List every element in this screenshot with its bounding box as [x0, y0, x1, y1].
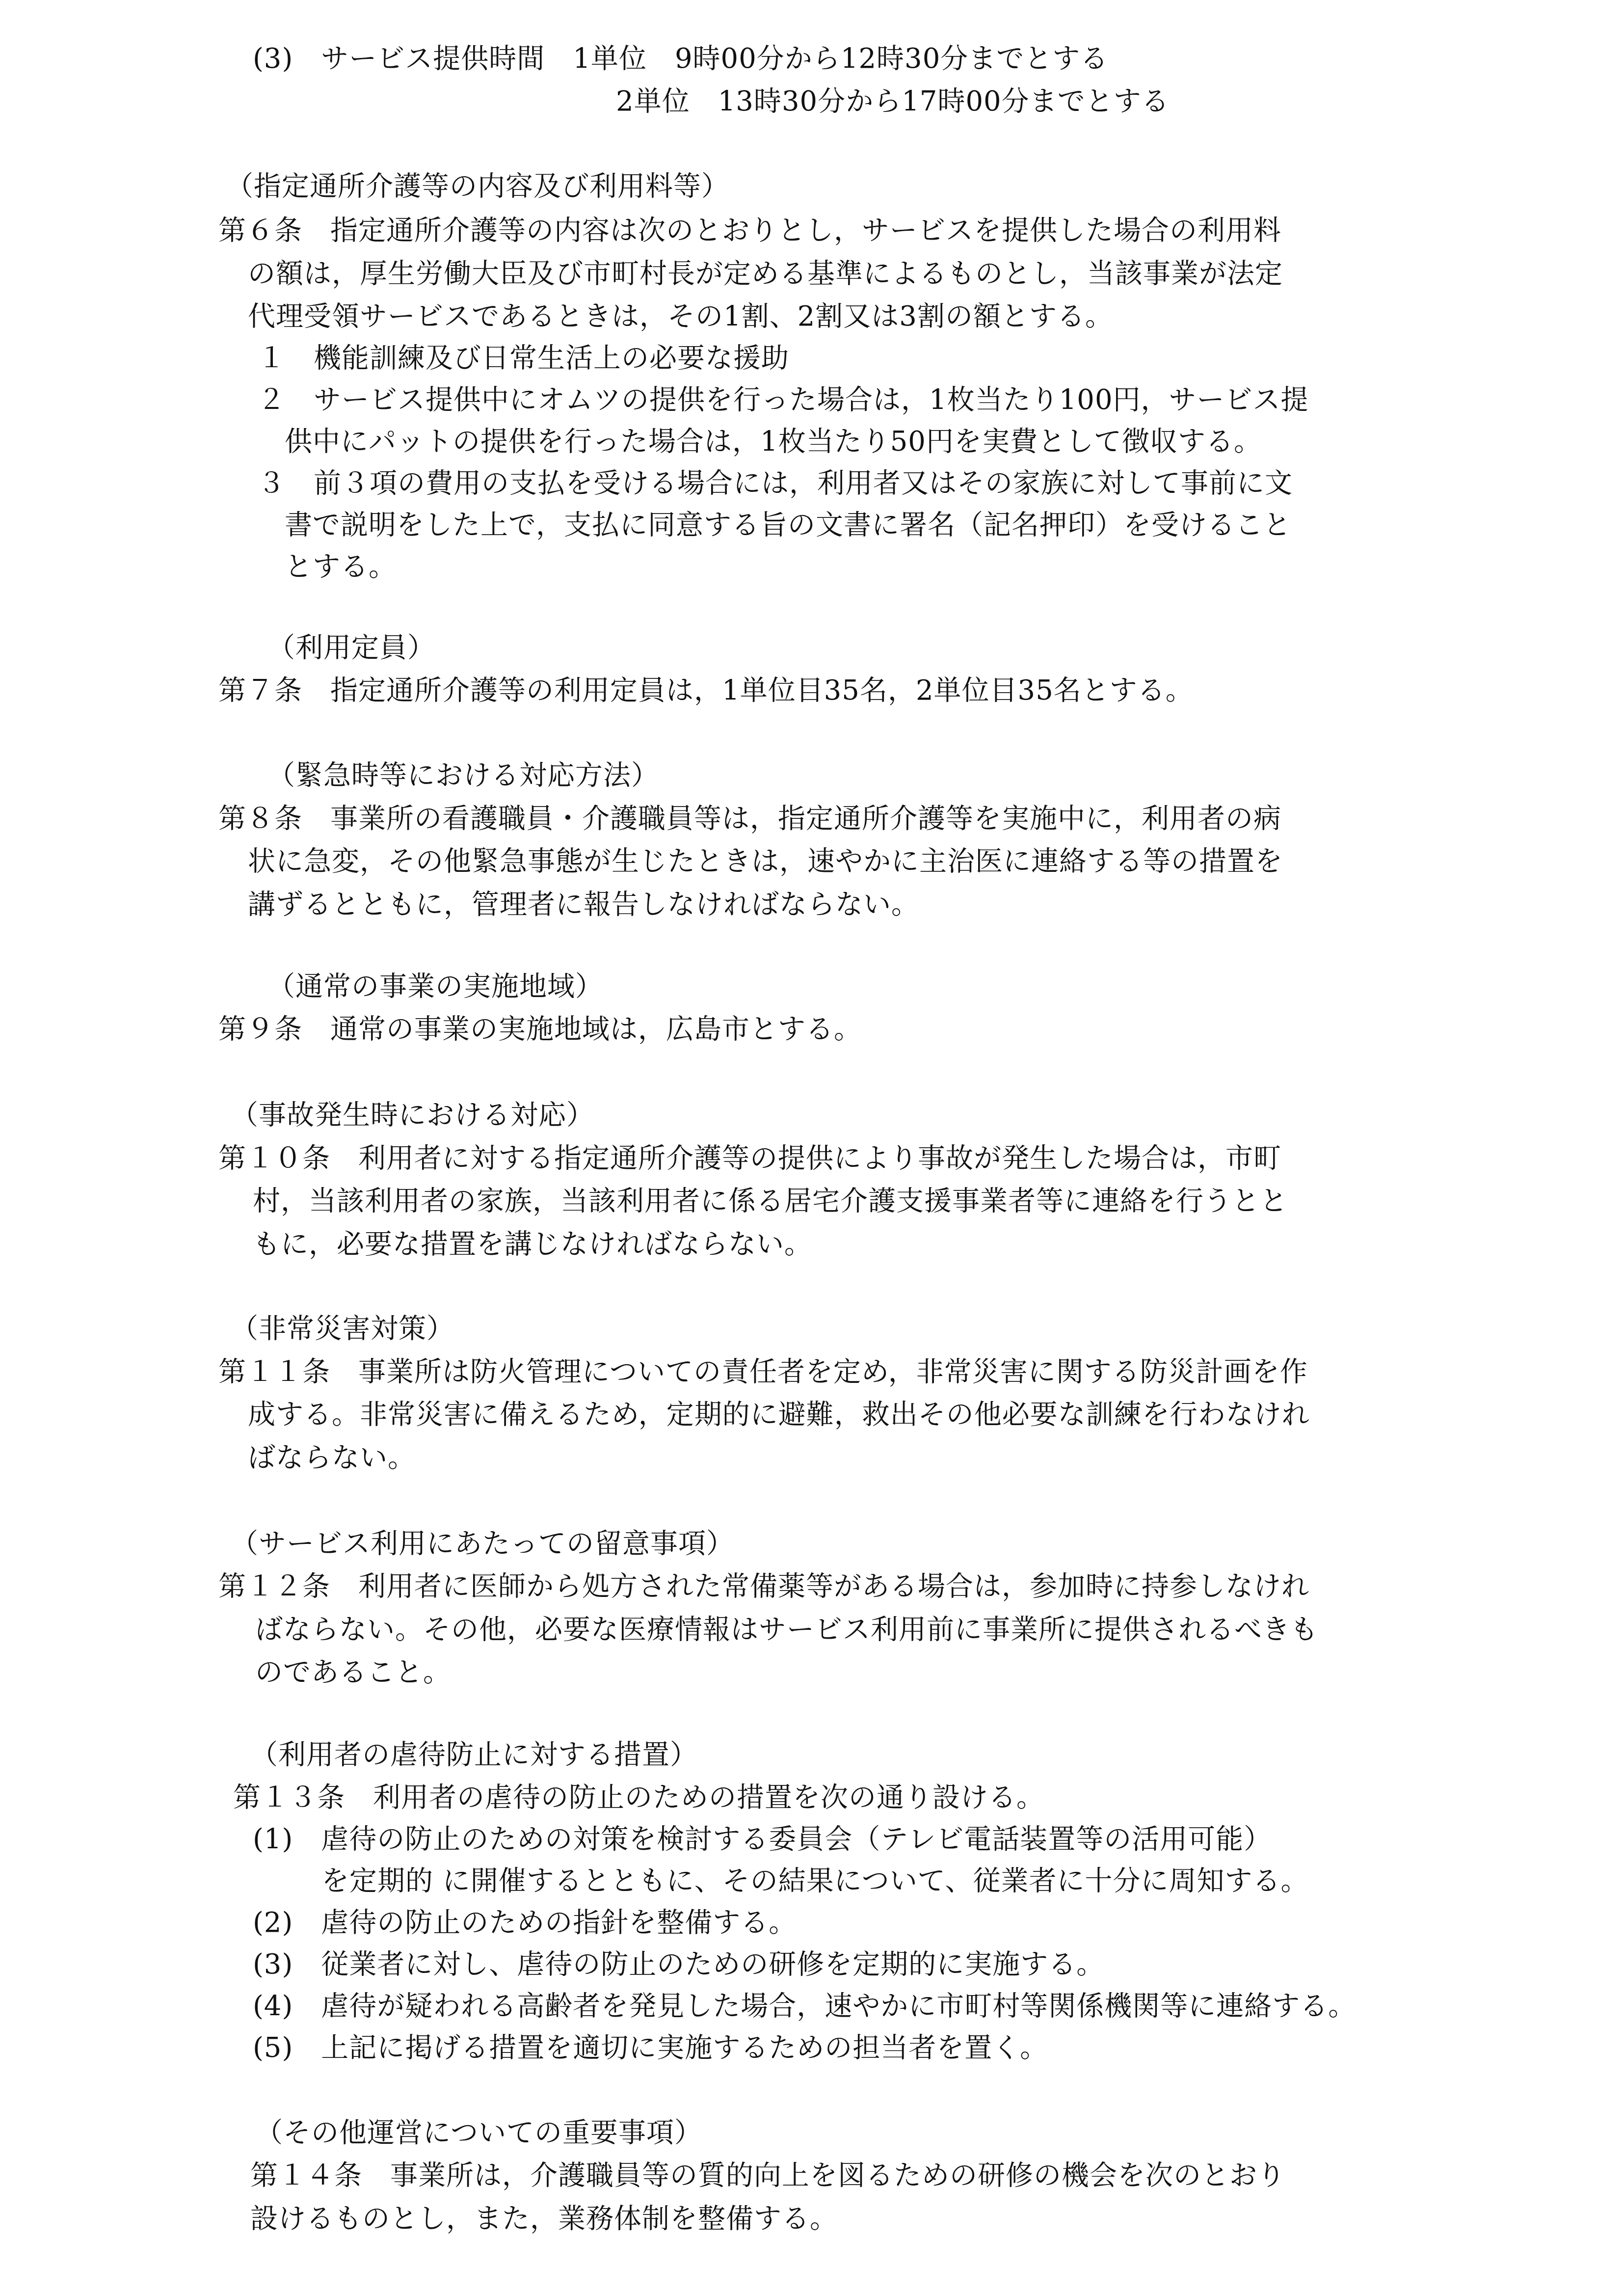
- article10-line: 村，当該利用者の家族，当該利用者に係る居宅介護支援事業者等に連絡を行うとと: [253, 1184, 1288, 1218]
- article7-line: 第７条 指定通所介護等の利用定員は，1単位目35名，2単位目35名とする。: [218, 674, 1194, 708]
- article13-item: (1) 虐待の防止のための対策を検討する委員会（テレビ電話装置等の活用可能）: [253, 1822, 1272, 1857]
- article13-item: (3) 従業者に対し、虐待の防止のための研修を定期的に実施する。: [253, 1947, 1104, 1982]
- article12-line: のであること。: [255, 1655, 451, 1690]
- article10-heading: （事故発生時における対応）: [231, 1098, 594, 1133]
- article13-item: (2) 虐待の防止のための指針を整備する。: [253, 1906, 797, 1940]
- article6-item: １ 機能訓練及び日常生活上の必要な援助: [258, 341, 789, 376]
- article11-line: ばならない。: [248, 1441, 416, 1475]
- article13-item: (4) 虐待が疑われる高齢者を発見した場合，速やかに市町村等関係機関等に連絡する…: [253, 1989, 1356, 2024]
- article14-line: 設けるものとし，また，業務体制を整備する。: [250, 2202, 838, 2236]
- article8-line: 状に急変，その他緊急事態が生じたときは，速やかに主治医に連絡する等の措置を: [248, 844, 1283, 879]
- article6-heading: （指定通所介護等の内容及び利用料等）: [226, 169, 729, 204]
- service-hours-unit1: (3) サービス提供時間 1単位 9時00分から12時30分までとする: [253, 42, 1108, 76]
- article6-item: ３ 前３項の費用の支払を受ける場合には，利用者又はその家族に対して事前に文: [258, 466, 1293, 501]
- article13-item: を定期的 に開催するとともに、その結果について、従業者に十分に周知する。: [321, 1864, 1309, 1898]
- article14-heading: （その他運営についての重要事項）: [255, 2116, 702, 2150]
- service-hours-unit2: 2単位 13時30分から17時00分までとする: [616, 84, 1170, 119]
- article6-item: ２ サービス提供中にオムツの提供を行った場合は，1枚当たり100円，サービス提: [258, 383, 1309, 417]
- article8-line: 第８条 事業所の看護職員・介護職員等は，指定通所介護等を実施中に，利用者の病: [218, 802, 1281, 836]
- article6-item: 書で説明をした上で，支払に同意する旨の文書に署名（記名押印）を受けること: [285, 508, 1291, 542]
- article6-line: 第６条 指定通所介護等の内容は次のとおりとし，サービスを提供した場合の利用料: [218, 214, 1281, 248]
- article9-heading: （通常の事業の実施地域）: [267, 970, 603, 1004]
- article12-line: 第１２条 利用者に医師から処方された常備薬等がある場合は，参加時に持参しなけれ: [218, 1569, 1309, 1604]
- article10-line: 第１０条 利用者に対する指定通所介護等の提供により事故が発生した場合は，市町: [218, 1141, 1281, 1176]
- article8-line: 講ずるとともに，管理者に報告しなければならない。: [248, 888, 919, 922]
- article12-line: ばならない。その他，必要な医療情報はサービス利用前に事業所に提供されるべきも: [255, 1613, 1318, 1647]
- article11-heading: （非常災害対策）: [231, 1312, 454, 1346]
- article9-line: 第９条 通常の事業の実施地域は，広島市とする。: [218, 1012, 862, 1047]
- article6-item: 供中にパットの提供を行った場合は，1枚当たり50円を実費として徴収する。: [285, 425, 1262, 459]
- article11-line: 第１１条 事業所は防火管理についての責任者を定め，非常災害に関する防災計画を作: [218, 1355, 1308, 1389]
- article7-heading: （利用定員）: [267, 631, 435, 665]
- article11-line: 成する。非常災害に備えるため，定期的に避難，救出その他必要な訓練を行わなけれ: [248, 1398, 1310, 1432]
- article12-heading: （サービス利用にあたっての留意事項）: [231, 1527, 734, 1561]
- article13-line: 第１３条 利用者の虐待の防止のための措置を次の通り設ける。: [233, 1781, 1044, 1815]
- article10-line: もに，必要な措置を講じなければならない。: [253, 1227, 812, 1262]
- document-page: (3) サービス提供時間 1単位 9時00分から12時30分までとする 2単位 …: [0, 0, 1623, 2296]
- article6-item: とする。: [285, 550, 397, 584]
- article6-line: 代理受領サービスであるときは，その1割、2割又は3割の額とする。: [248, 299, 1113, 334]
- article13-heading: （利用者の虐待防止に対する措置）: [250, 1738, 698, 1772]
- article13-item: (5) 上記に掲げる措置を適切に実施するための担当者を置く。: [253, 2031, 1048, 2065]
- article6-line: の額は，厚生労働大臣及び市町村長が定める基準によるものとし，当該事業が法定: [248, 257, 1283, 291]
- article14-line: 第１４条 事業所は，介護職員等の質的向上を図るための研修の機会を次のとおり: [250, 2159, 1285, 2193]
- article8-heading: （緊急時等における対応方法）: [267, 758, 659, 793]
